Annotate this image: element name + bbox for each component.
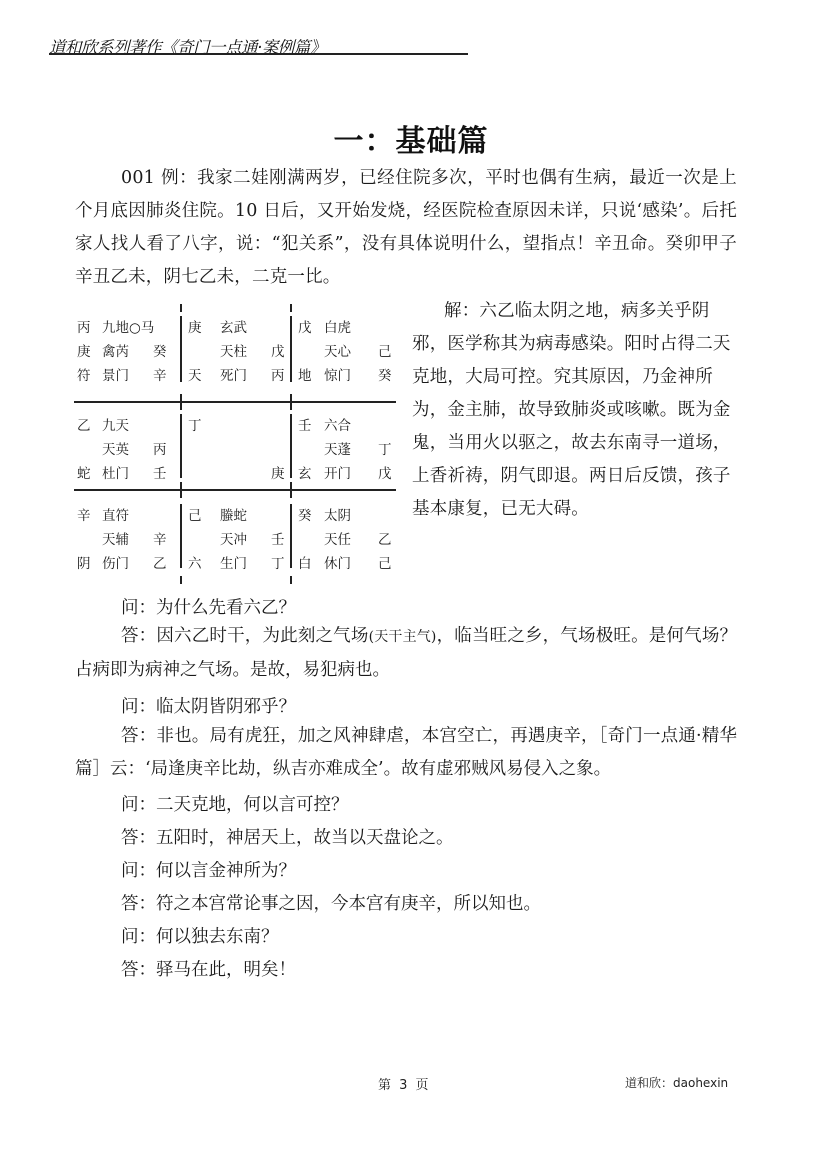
grid-vtick [290, 576, 292, 584]
palace-door: 杜门 [102, 462, 129, 482]
palace-bottom-left: 辛 直符 天辅 辛 阴 伤门 乙 [74, 504, 180, 580]
palace-stem: 癸 [378, 364, 392, 384]
palace-deity: 六合 [324, 414, 351, 434]
palace-stem: 壬 [271, 528, 285, 548]
palace-mid-right: 壬 六合 天蓬 丁 玄 开门 戊 [294, 414, 400, 490]
palace-door: 景门 [102, 364, 129, 384]
palace-top-center: 庚 玄武 天柱 戊 天 死门 丙 [184, 316, 290, 392]
palace-door: 休门 [324, 552, 351, 572]
palace-star: 天心 [324, 340, 351, 360]
qa-question-1: 问：为什么先看六乙？ [121, 594, 296, 619]
palace-stem: 辛 [77, 504, 91, 524]
qa-question-4: 问：何以言金神所为？ [121, 857, 296, 882]
grid-vline [290, 316, 292, 382]
grid-vtick [180, 482, 182, 498]
case-intro: 001 例：我家二娃刚满两岁，已经住院多次，平时也偶有生病，最近一次是上个月底因… [75, 162, 737, 294]
grid-vline [180, 504, 182, 568]
palace-stem: 丁 [378, 438, 392, 458]
palace-star: 天辅 [102, 528, 129, 548]
palace-top-right: 戊 白虎 天心 己 地 惊门 癸 [294, 316, 400, 392]
grid-vline [180, 316, 182, 382]
chapter-title: 一：基础篇 [0, 116, 822, 160]
palace-stem: 壬 [298, 414, 312, 434]
page-number: 第 3 页 [378, 1074, 429, 1093]
palace-deity-abbr: 天 [188, 364, 202, 384]
grid-vtick [180, 394, 182, 410]
palace-stem: 庚 [188, 316, 202, 336]
qa-answer-5: 答：驿马在此，明矣！ [121, 956, 296, 981]
palace-stem: 辛 [153, 528, 167, 548]
qa-answer-3: 答：五阳时，神居天上，故当以天盘论之。 [121, 824, 454, 849]
grid-vtick [290, 304, 292, 312]
palace-stem: 乙 [77, 414, 91, 434]
palace-stem: 乙 [378, 528, 392, 548]
palace-stem: 丁 [271, 552, 285, 572]
palace-star: 天柱 [220, 340, 247, 360]
palace-stem: 己 [378, 340, 392, 360]
palace-deity-abbr: 符 [77, 364, 91, 384]
grid-vtick [180, 576, 182, 584]
palace-stem: 丙 [153, 438, 167, 458]
palace-deity-abbr: 玄 [298, 462, 312, 482]
qa-question-2: 问：临太阴皆阴邪乎？ [121, 693, 296, 718]
palace-door: 死门 [220, 364, 247, 384]
qa-answer-1: 答：因六乙时干，为此刻之气场(天干主气)，临当旺之乡，气场极旺。是何气场？占病即… [75, 620, 737, 687]
palace-center: 丁 庚 [184, 414, 290, 490]
palace-star: 天任 [324, 528, 351, 548]
palace-stem: 庚 [77, 340, 91, 360]
palace-star: 天冲 [220, 528, 247, 548]
grid-vline [290, 414, 292, 478]
palace-stem: 戊 [298, 316, 312, 336]
palace-deity: 直符 [102, 504, 129, 524]
qa-question-5: 问：何以独去东南？ [121, 923, 279, 948]
palace-stem: 壬 [153, 462, 167, 482]
palace-deity-abbr: 阴 [77, 552, 91, 572]
palace-deity: 白虎 [324, 316, 351, 336]
palace-door: 惊门 [324, 364, 351, 384]
palace-stem: 乙 [153, 552, 167, 572]
palace-stem: 己 [378, 552, 392, 572]
palace-bottom-center: 己 螣蛇 天冲 壬 六 生门 丁 [184, 504, 290, 580]
palace-top-left: 丙 九地○马 庚 禽芮 癸 符 景门 辛 [74, 316, 180, 392]
palace-door: 开门 [324, 462, 351, 482]
qa-answer-4: 答：符之本宫常论事之因，今本宫有庚辛，所以知也。 [121, 890, 541, 915]
palace-stem: 己 [188, 504, 202, 524]
palace-stem: 辛 [153, 364, 167, 384]
qa-answer-1-note: (天干主气) [369, 629, 437, 645]
palace-stem: 戊 [271, 340, 285, 360]
palace-door: 伤门 [102, 552, 129, 572]
footer-brand: 道和欣：daohexin [625, 1074, 728, 1091]
header-rule [49, 53, 468, 55]
palace-stem: 戊 [378, 462, 392, 482]
palace-star: 禽芮 [102, 340, 129, 360]
solution-text: 解：六乙临太阴之地，病多关乎阴邪，医学称其为病毒感染。阳时占得二天克地，大局可控… [412, 295, 738, 526]
palace-star: 天英 [102, 438, 129, 458]
qa-answer-2: 答：非也。局有虎狂，加之风神肆虐，本宫空亡，再遇庚辛，［奇门一点通·精华篇］云：… [75, 720, 737, 786]
palace-deity: 九天 [102, 414, 129, 434]
palace-door: 生门 [220, 552, 247, 572]
qimen-chart: 丙 九地○马 庚 禽芮 癸 符 景门 辛 庚 玄武 天柱 戊 天 死门 丙 戊 … [74, 308, 396, 586]
palace-deity: 螣蛇 [220, 504, 247, 524]
grid-hline-1 [74, 401, 396, 403]
grid-vtick [290, 394, 292, 410]
palace-stem: 丙 [77, 316, 91, 336]
palace-deity: 玄武 [220, 316, 247, 336]
palace-mid-left: 乙 九天 天英 丙 蛇 杜门 壬 [74, 414, 180, 490]
palace-deity-abbr: 六 [188, 552, 202, 572]
palace-stem: 癸 [153, 340, 167, 360]
grid-vtick [180, 304, 182, 312]
palace-stem: 丙 [271, 364, 285, 384]
qa-question-3: 问：二天克地，何以言可控？ [121, 791, 349, 816]
palace-stem: 庚 [271, 462, 285, 482]
palace-stem: 癸 [298, 504, 312, 524]
palace-deity-abbr: 地 [298, 364, 312, 384]
palace-deity: 九地○马 [102, 316, 154, 336]
grid-vtick [290, 482, 292, 498]
qa-answer-1-part1: 答：因六乙时干，为此刻之气场 [121, 626, 369, 646]
palace-deity-abbr: 蛇 [77, 462, 91, 482]
palace-deity: 太阴 [324, 504, 351, 524]
palace-deity-abbr: 白 [298, 552, 312, 572]
palace-star: 天蓬 [324, 438, 351, 458]
palace-bottom-right: 癸 太阴 天任 乙 白 休门 己 [294, 504, 400, 580]
grid-vline [290, 504, 292, 568]
palace-stem: 丁 [188, 414, 202, 434]
grid-vline [180, 414, 182, 478]
